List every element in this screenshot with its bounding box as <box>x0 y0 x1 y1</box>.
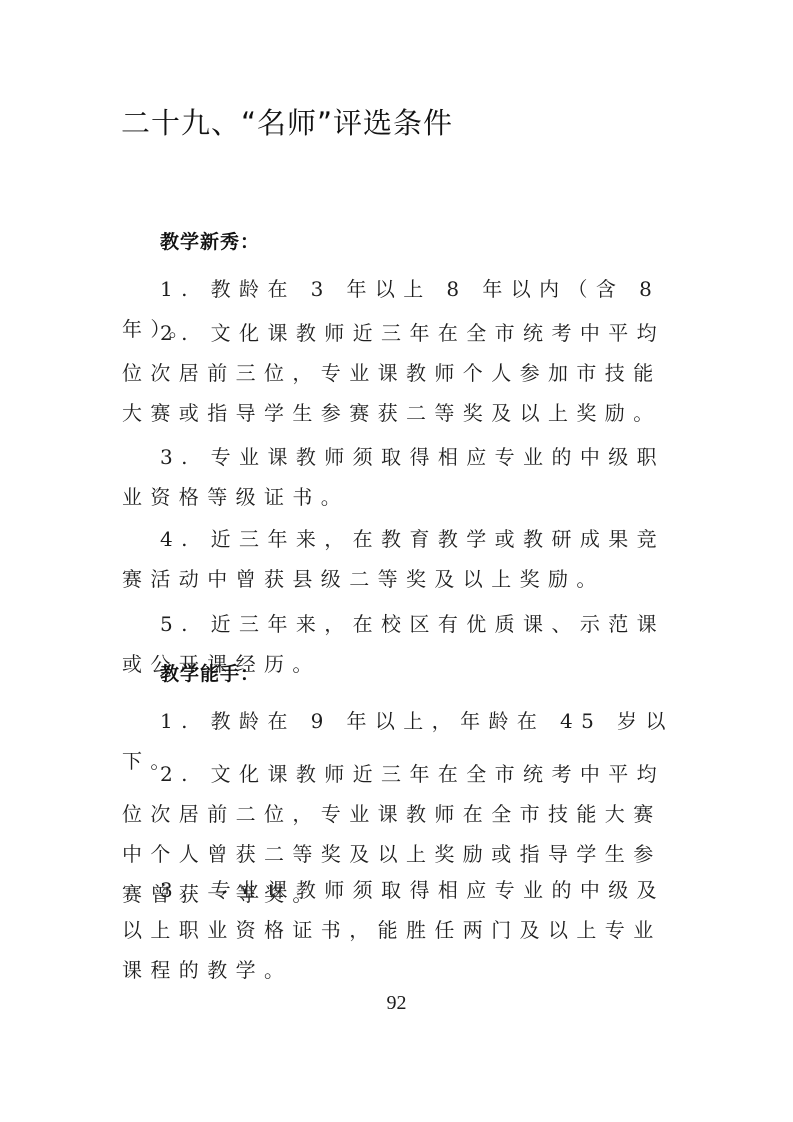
list-item: 4. 近三年来，在教育教学或教研成果竞赛活动中曾获县级二等奖及以上奖励。 <box>122 519 678 599</box>
list-item: 2. 文化课教师近三年在全市统考中平均位次居前三位，专业课教师个人参加市技能大赛… <box>122 313 678 433</box>
list-item: 3. 专业课教师须取得相应专业的中级职业资格等级证书。 <box>122 437 678 517</box>
section-heading-teaching-expert: 教学能手： <box>160 660 260 688</box>
page-title: 二十九、“名师”评选条件 <box>121 104 453 142</box>
page-number: 92 <box>0 990 793 1016</box>
list-item: 3. 专业课教师须取得相应专业的中级及以上职业资格证书，能胜任两门及以上专业课程… <box>122 870 678 990</box>
document-page: 二十九、“名师”评选条件 教学新秀： 1. 教龄在 3 年以上 8 年以内（含 … <box>0 0 793 1122</box>
section-heading-teaching-newcomer: 教学新秀： <box>160 228 260 256</box>
